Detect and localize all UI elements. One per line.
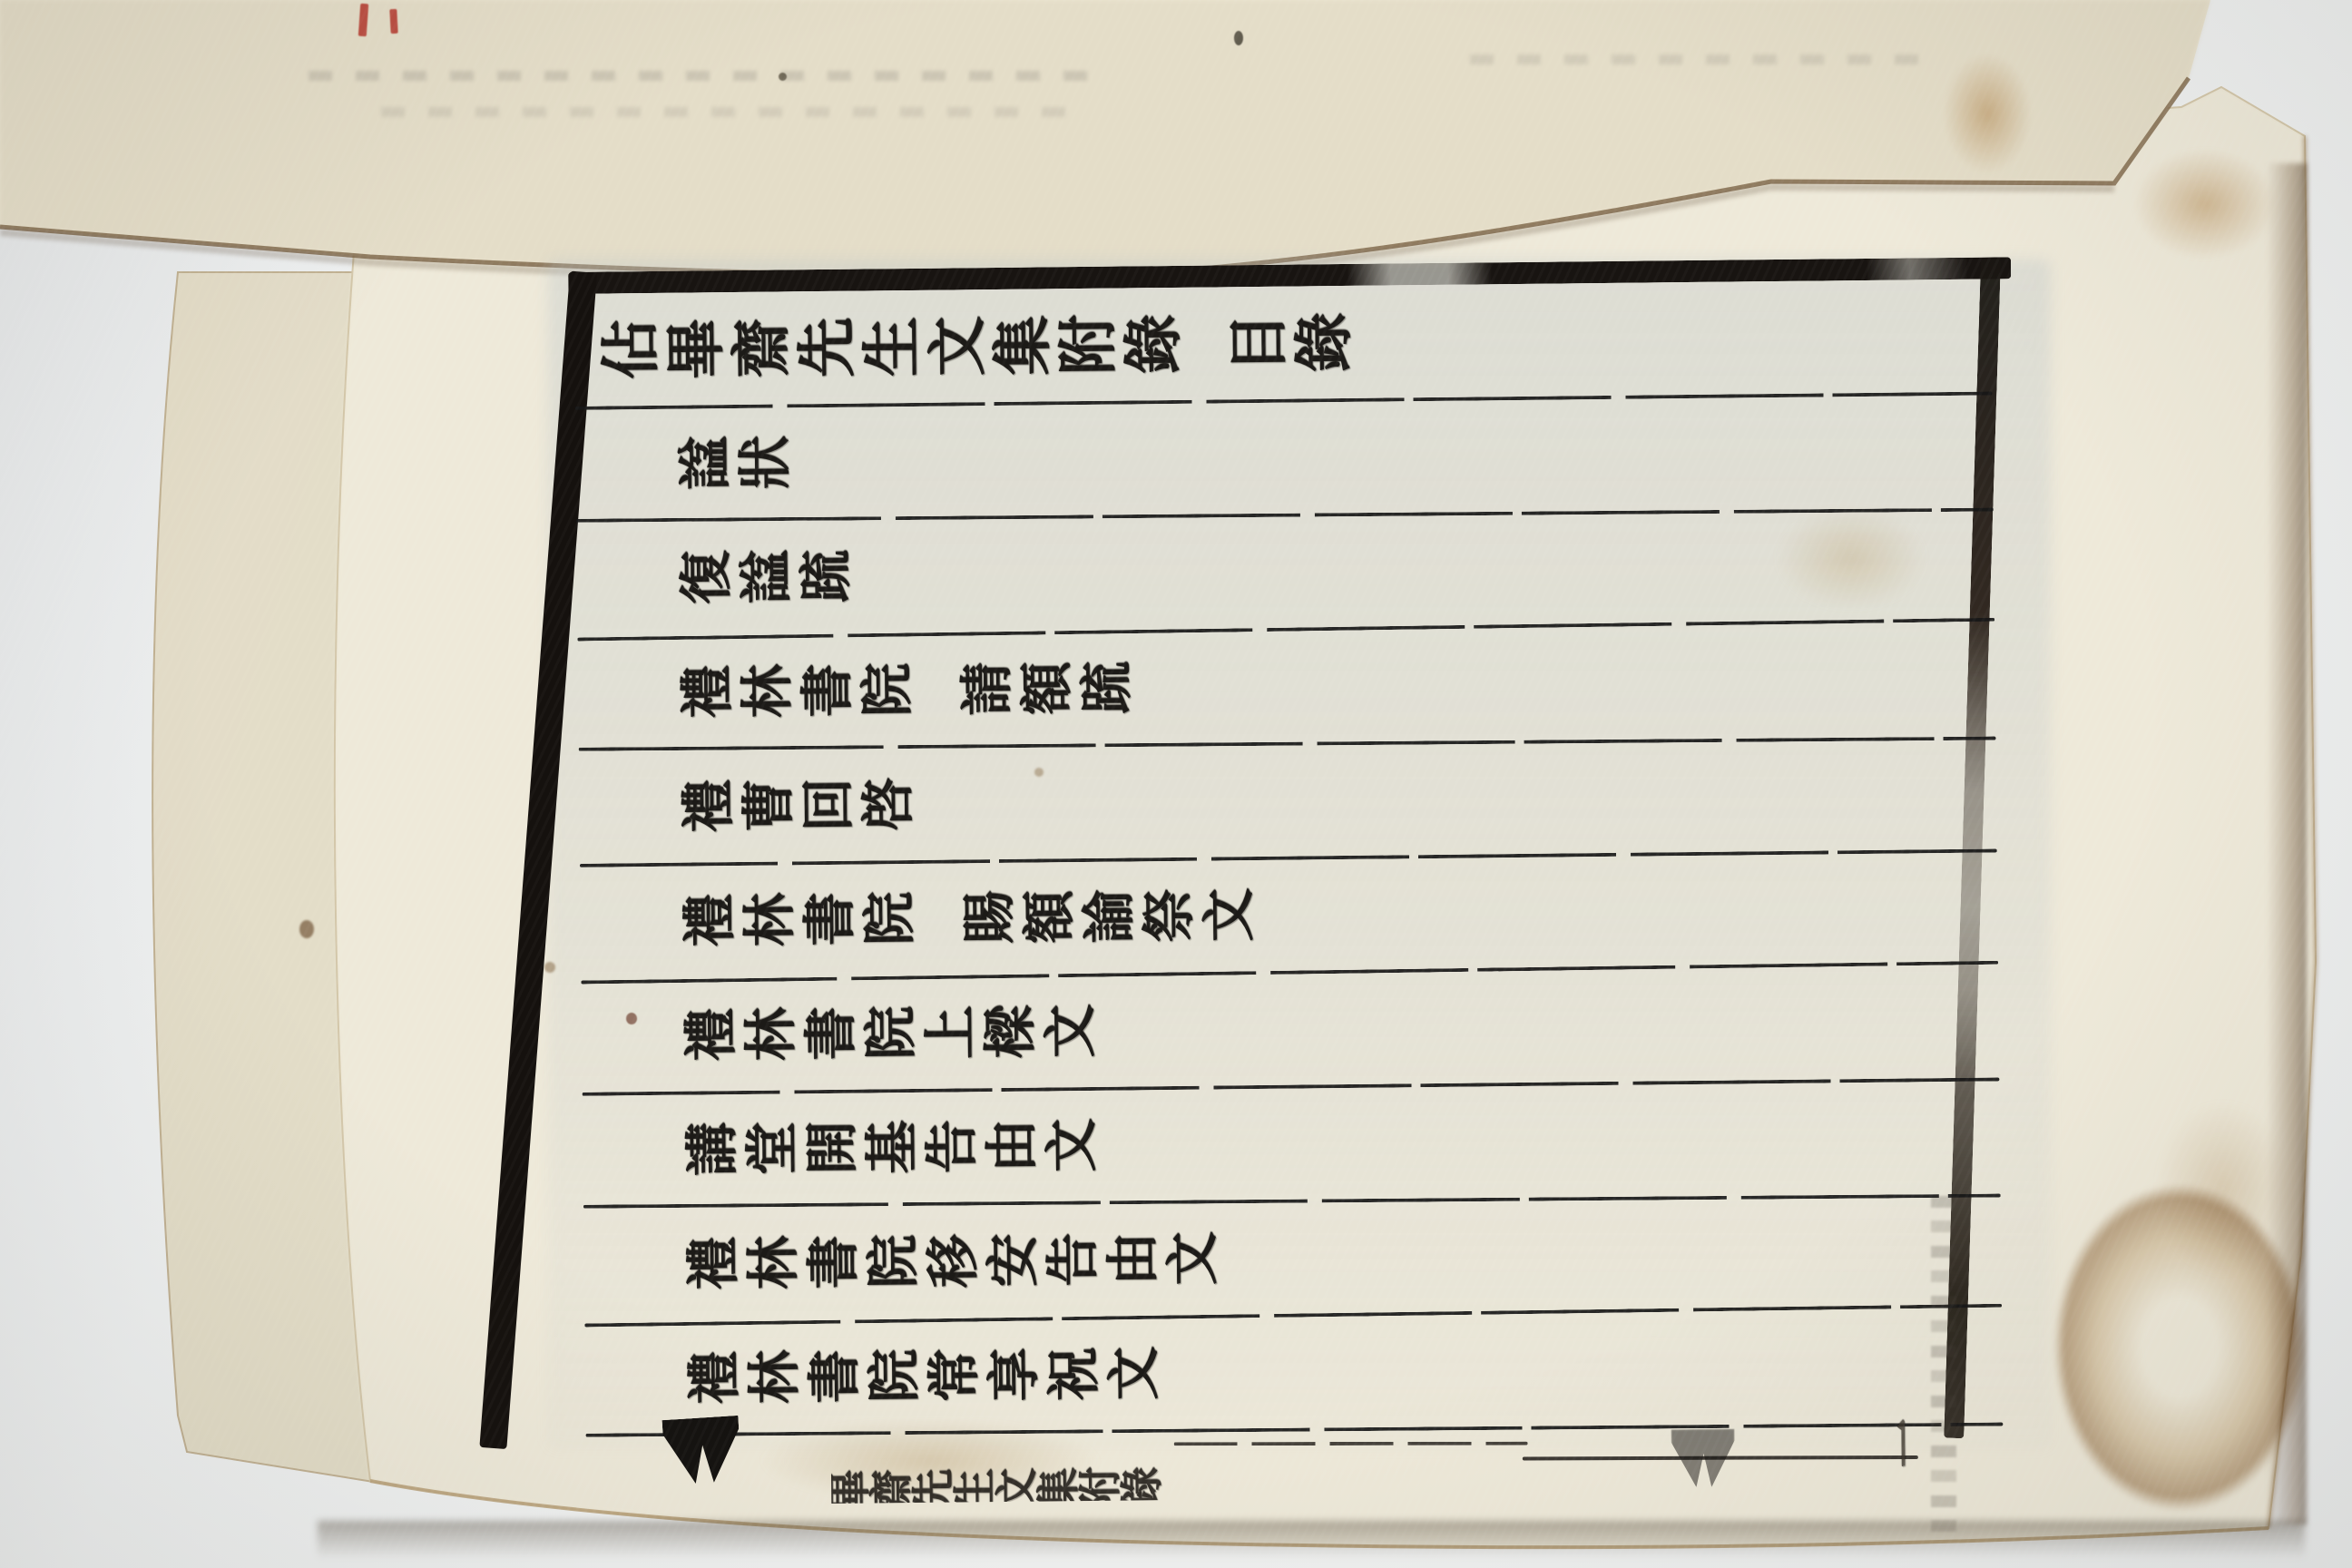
toc-rows: 佔畢齋先生文集附錄目錄諡狀復諡䟽禮林書院請額䟽禮曹回啓禮林書院賜額諭祭文禮林書院…: [597, 281, 1997, 1439]
fold-strip-rule: [1174, 1442, 1528, 1446]
row-text-part: 禮林書院移安告由文: [683, 1212, 1223, 1308]
row-text-part: 復諡䟽: [676, 531, 857, 623]
toc-row: 禮曹回啓: [603, 739, 1992, 867]
toc-row: 復諡䟽: [600, 510, 1989, 639]
title-glyph: 錄: [1277, 309, 1372, 376]
page-number: 一: [1892, 1426, 1920, 1485]
toc-row: 講堂開基告由文: [606, 1082, 1995, 1210]
row-text-part: 請額䟽: [956, 642, 1137, 734]
row-text-part: 目錄: [1225, 295, 1357, 391]
print-frame: 佔畢齋先生文集附錄目錄諡狀復諡䟽禮林書院請額䟽禮曹回啓禮林書院賜額諭祭文禮林書院…: [563, 250, 2027, 1526]
ghost-offset-text: [1931, 1196, 1956, 1534]
row-text-part: 禮林書院上樑文: [681, 985, 1101, 1081]
row-text-part: 佔畢齋先生文集附錄: [597, 297, 1186, 397]
ghost-bleed-line: [1470, 54, 1942, 64]
entry-glyph: 院: [842, 660, 934, 720]
toc-row: 禮林書院常享祝文: [608, 1310, 1997, 1439]
folio-title: 畢齋先生文集附錄: [831, 1445, 1166, 1504]
entry-glyph: 院: [844, 888, 936, 949]
title-glyph: 錄: [1106, 311, 1201, 377]
ghost-bleed-line: [381, 107, 1071, 117]
entry-glyph: 文: [1183, 885, 1275, 946]
row-text-part: 禮林書院常享祝文: [684, 1328, 1164, 1424]
row-text-part: 賜額諭祭文: [959, 869, 1259, 963]
toc-row: 禮林書院移安告由文: [607, 1196, 1996, 1325]
toc-row: 禮林書院上樑文: [604, 967, 1994, 1096]
row-text-part: 諡狀: [675, 416, 796, 508]
row-text-part: 禮林書院: [680, 873, 920, 966]
toc-row: 諡狀: [599, 396, 1988, 524]
entry-glyph: 䟽: [780, 545, 872, 606]
entry-glyph: 文: [1147, 1228, 1239, 1289]
entry-glyph: 䟽: [1062, 657, 1153, 718]
entry-glyph: 文: [1025, 1001, 1117, 1062]
page-number-glyph: 一: [1879, 1440, 1934, 1468]
row-text-part: 講堂開基告由文: [682, 1100, 1102, 1195]
toc-row: 禮林書院賜額諭祭文: [603, 853, 1993, 982]
entry-glyph: 狀: [720, 432, 811, 493]
folio-glyph: 錄: [1101, 1468, 1165, 1504]
entry-glyph: 文: [1088, 1343, 1180, 1404]
toc-row: 禮林書院請額䟽: [601, 624, 1990, 753]
row-text-part: 禮曹回啓: [679, 759, 919, 852]
column-rule: [585, 1422, 2003, 1436]
title-row: 佔畢齋先生文集附錄目錄: [597, 281, 1986, 410]
fishtail-icon: [662, 1416, 742, 1485]
entry-glyph: 啓: [843, 774, 935, 835]
row-text-part: 禮林書院: [677, 644, 917, 738]
entry-glyph: 文: [1026, 1115, 1118, 1176]
photo-stage: 佔畢齋先生文集附錄目錄諡狀復諡䟽禮林書院請額䟽禮曹回啓禮林書院賜額諭祭文禮林書院…: [0, 0, 2352, 1568]
ghost-bleed-line: [309, 71, 1107, 81]
